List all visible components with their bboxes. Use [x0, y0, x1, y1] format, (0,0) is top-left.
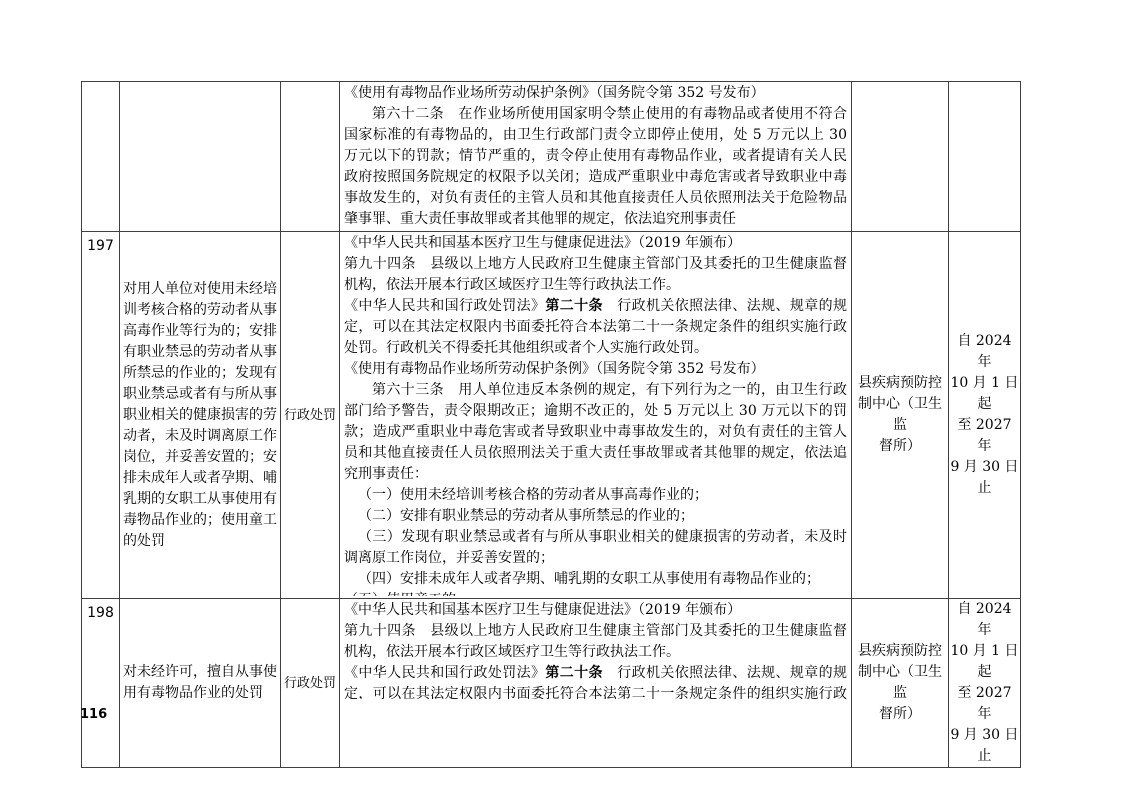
legal-paragraph: （二）安排有职业禁忌的劳动者从事所禁忌的作业的；	[344, 506, 847, 527]
item-id: 197	[87, 238, 114, 254]
table-row: 197 对用人单位对使用未经培训考核合格的劳动者从事高毒作业等行为的；安排有职业…	[82, 232, 1021, 599]
period-line: 至 2027 年	[950, 415, 1019, 457]
type-text: 行政处罚	[284, 408, 336, 423]
item-id-cell: 197	[82, 232, 120, 599]
agency-cell: 县疾病预防控 制中心（卫生监 督所）	[852, 232, 949, 599]
period-cell: 自 2024 年 10 月 1 日起 至 2027 年 9 月 30 日止	[949, 599, 1021, 768]
period-line: 9 月 30 日止	[950, 725, 1019, 767]
legal-paragraph: 《使用有毒物品作业场所劳动保护条例》（国务院令第 352 号发布）	[344, 83, 847, 104]
period-line: 10 月 1 日起	[950, 373, 1019, 415]
matter-cell: 对未经许可，擅自从事使用有毒物品作业的处罚	[120, 599, 281, 768]
legal-paragraph: 第六十二条 在作业场所使用国家明令禁止使用的有毒物品或者使用不符合国家标准的有毒…	[344, 104, 847, 229]
legal-paragraph: 《中华人民共和国行政处罚法》第二十条 行政机关依照法律、法规、规章的规定，可以在…	[344, 663, 847, 699]
legal-paragraph: 《中华人民共和国基本医疗卫生与健康促进法》（2019 年颁布）	[344, 233, 847, 254]
page-number: 116	[80, 707, 107, 722]
matter-text: 对未经许可，擅自从事使用有毒物品作业的处罚	[123, 664, 277, 701]
matter-cell	[120, 82, 281, 232]
type-cell	[281, 82, 340, 232]
item-id: 198	[87, 605, 114, 621]
legal-paragraph: （一）使用未经培训考核合格的劳动者从事高毒作业的；	[344, 485, 847, 506]
agency-line: 制中心（卫生监	[854, 662, 946, 704]
type-cell: 行政处罚	[281, 232, 340, 599]
legal-paragraph: 第九十四条 县级以上地方人民政府卫生健康主管部门及其委托的卫生健康监督机构，依法…	[344, 254, 847, 296]
period-line: 自 2024 年	[950, 331, 1019, 373]
legal-paragraph: 《中华人民共和国基本医疗卫生与健康促进法》（2019 年颁布）	[344, 600, 847, 621]
table-row: 《使用有毒物品作业场所劳动保护条例》（国务院令第 352 号发布） 第六十二条 …	[82, 82, 1021, 232]
legal-paragraph: 第六十三条 用人单位违反本条例的规定，有下列行为之一的，由卫生行政部门给予警告，…	[344, 380, 847, 485]
legal-paragraph: 《使用有毒物品作业场所劳动保护条例》（国务院令第 352 号发布）	[344, 359, 847, 380]
agency-line: 县疾病预防控	[854, 641, 946, 662]
period-cell: 自 2024 年 10 月 1 日起 至 2027 年 9 月 30 日止	[949, 232, 1021, 599]
legal-basis-cell: 《使用有毒物品作业场所劳动保护条例》（国务院令第 352 号发布） 第六十二条 …	[340, 82, 852, 232]
period-line: 10 月 1 日起	[950, 641, 1019, 683]
document-page: { "page": { "number": "116" }, "table": …	[0, 0, 1122, 793]
agency-line: 督所）	[854, 436, 946, 457]
matter-text: 对用人单位对使用未经培训考核合格的劳动者从事高毒作业等行为的；安排有职业禁忌的劳…	[123, 281, 277, 549]
legal-paragraph: 《中华人民共和国行政处罚法》第二十条 行政机关依照法律、法规、规章的规定，可以在…	[344, 296, 847, 359]
regulation-table: 《使用有毒物品作业场所劳动保护条例》（国务院令第 352 号发布） 第六十二条 …	[81, 81, 1021, 768]
matter-cell: 对用人单位对使用未经培训考核合格的劳动者从事高毒作业等行为的；安排有职业禁忌的劳…	[120, 232, 281, 599]
period-cell	[949, 82, 1021, 232]
item-id-cell: 198	[82, 599, 120, 768]
type-text: 行政处罚	[284, 676, 336, 691]
legal-paragraph: （四）安排未成年人或者孕期、哺乳期的女职工从事使用有毒物品作业的；	[344, 569, 847, 590]
agency-cell	[852, 82, 949, 232]
agency-line: 制中心（卫生监	[854, 394, 946, 436]
legal-paragraph: （三）发现有职业禁忌或者有与所从事职业相关的健康损害的劳动者，未及时调离原工作岗…	[344, 527, 847, 569]
legal-paragraph: 第九十四条 县级以上地方人民政府卫生健康主管部门及其委托的卫生健康监督机构，依法…	[344, 621, 847, 663]
period-line: 至 2027 年	[950, 683, 1019, 725]
item-id-cell	[82, 82, 120, 232]
table-row: 198 对未经许可，擅自从事使用有毒物品作业的处罚 行政处罚 《中华人民共和国基…	[82, 599, 1021, 768]
type-cell: 行政处罚	[281, 599, 340, 768]
period-line: 自 2024 年	[950, 599, 1019, 641]
agency-line: 县疾病预防控	[854, 373, 946, 394]
legal-basis-cell: 《中华人民共和国基本医疗卫生与健康促进法》（2019 年颁布） 第九十四条 县级…	[340, 599, 852, 768]
agency-line: 督所）	[854, 704, 946, 725]
period-line: 9 月 30 日止	[950, 457, 1019, 499]
agency-cell: 县疾病预防控 制中心（卫生监 督所）	[852, 599, 949, 768]
legal-paragraph: （五）使用童工的。	[344, 590, 847, 596]
legal-basis-cell: 《中华人民共和国基本医疗卫生与健康促进法》（2019 年颁布） 第九十四条 县级…	[340, 232, 852, 599]
